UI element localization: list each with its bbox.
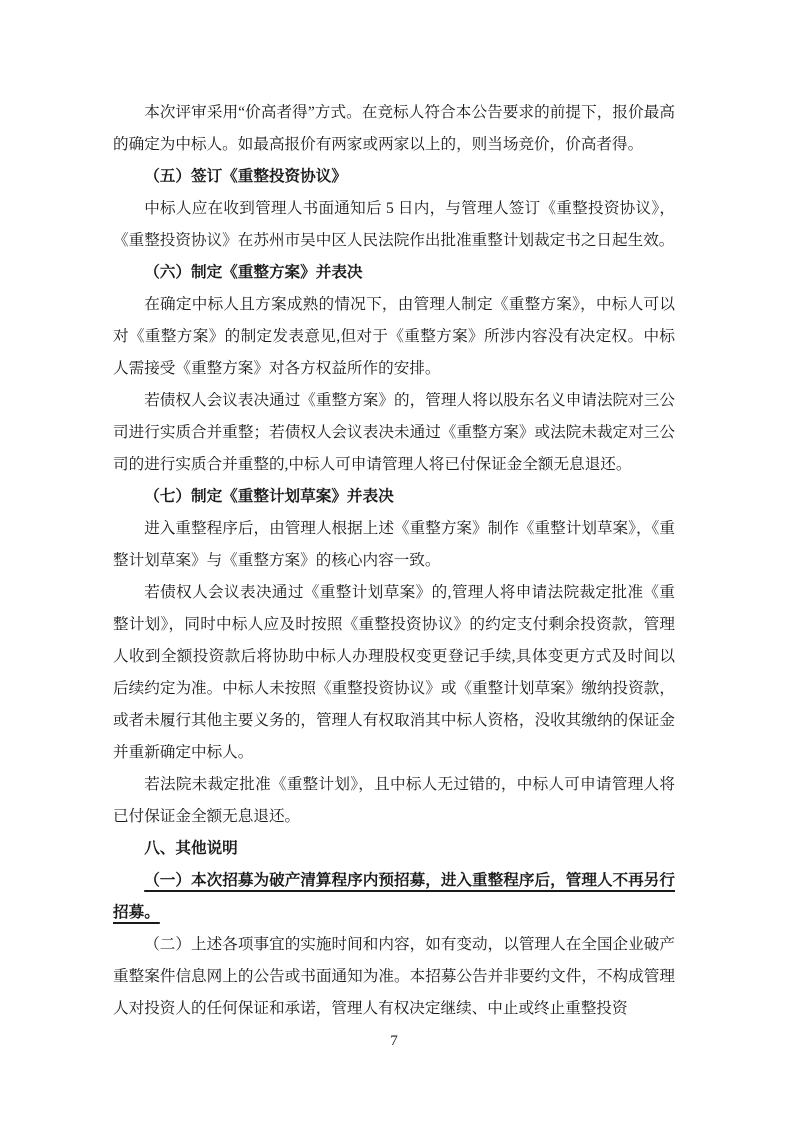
- section-heading-7: （七）制定《重整计划草案》并表决: [113, 481, 675, 513]
- body-paragraph: 若债权人会议表决通过《重整计划草案》的,管理人将申请法院裁定批准《重整计划》，同…: [113, 577, 675, 769]
- page-number: 7: [0, 1031, 788, 1051]
- document-body: 本次评审采用“价高者得”方式。在竞标人符合本公告要求的前提下，报价最高的确定为中…: [113, 97, 675, 1025]
- body-paragraph: 在确定中标人且方案成熟的情况下，由管理人制定《重整方案》，中标人可以对《重整方案…: [113, 289, 675, 385]
- body-paragraph: 若法院未裁定批准《重整计划》，且中标人无过错的，中标人可申请管理人将已付保证金全…: [113, 769, 675, 833]
- body-paragraph: 若债权人会议表决通过《重整方案》的，管理人将以股东名义申请法院对三公司进行实质合…: [113, 385, 675, 481]
- document-page: 本次评审采用“价高者得”方式。在竞标人符合本公告要求的前提下，报价最高的确定为中…: [0, 0, 788, 1123]
- body-paragraph: 进入重整程序后，由管理人根据上述《重整方案》制作《重整计划草案》，《重整计划草案…: [113, 513, 675, 577]
- section-heading-8-other: 八、其他说明: [113, 833, 675, 865]
- emphasized-clause: （一）本次招募为破产清算程序内预招募，进入重整程序后，管理人不再另行招募。: [113, 865, 675, 929]
- section-heading-6: （六）制定《重整方案》并表决: [113, 257, 675, 289]
- body-paragraph: （二）上述各项事宜的实施时间和内容，如有变动，以管理人在全国企业破产重整案件信息…: [113, 929, 675, 1025]
- section-heading-5: （五）签订《重整投资协议》: [113, 161, 675, 193]
- body-paragraph: 本次评审采用“价高者得”方式。在竞标人符合本公告要求的前提下，报价最高的确定为中…: [113, 97, 675, 161]
- body-paragraph: 中标人应在收到管理人书面通知后 5 日内，与管理人签订《重整投资协议》，《重整投…: [113, 193, 675, 257]
